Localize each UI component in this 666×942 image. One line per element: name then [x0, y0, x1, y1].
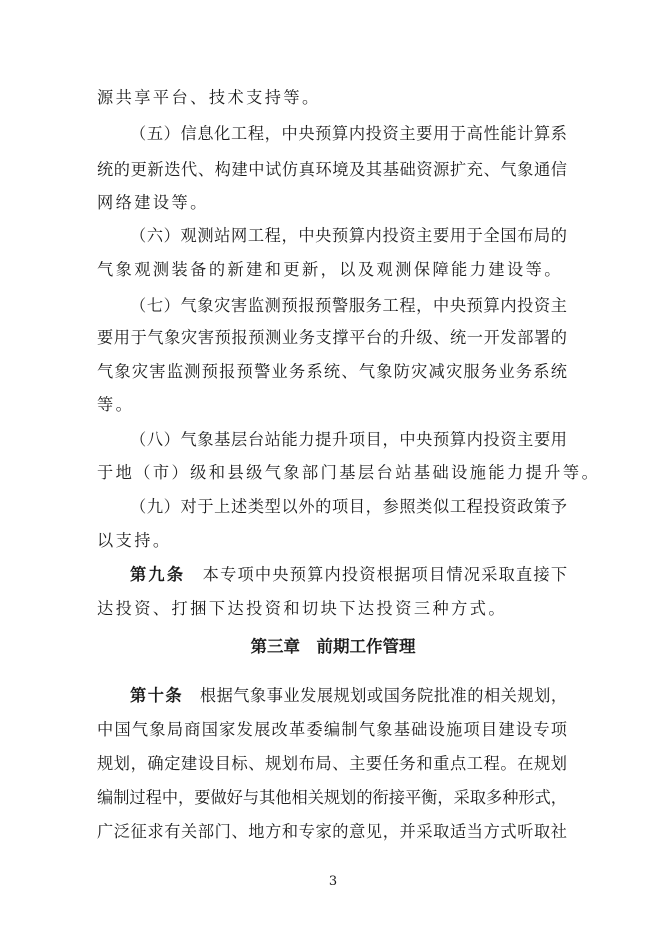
document-page: 源共享平台、技术支持等。（五）信息化工程，中央预算内投资主要用于高性能计算系统的… [0, 0, 666, 942]
body-text-line: （八）气象基层台站能力提升项目，中央预算内投资主要用 [130, 430, 567, 450]
body-text-line: 以支持。 [97, 531, 567, 551]
body-text-line: 源共享平台、技术支持等。 [97, 88, 567, 108]
article-9-line-2: 达投资、打捆下达投资和切块下达投资三种方式。 [97, 599, 567, 619]
article-10-line-3: 规划，确定建设目标、规划布局、主要任务和重点工程。在规划 [97, 754, 567, 774]
body-text-line: （五）信息化工程，中央预算内投资主要用于高性能计算系 [130, 124, 567, 144]
body-text-line: （九）对于上述类型以外的项目，参照类似工程投资政策予 [130, 497, 567, 517]
body-text-line: 统的更新迭代、构建中试仿真环境及其基础资源扩充、气象通信 [97, 160, 567, 180]
page-number: 3 [0, 874, 666, 889]
body-text-line: （七）气象灾害监测预报预警服务工程，中央预算内投资主 [130, 296, 567, 316]
article-9-label: 第九条 [130, 565, 185, 584]
chapter-heading: 第三章 前期工作管理 [0, 637, 666, 657]
body-text-line: 气象灾害监测预报预警业务系统、气象防灾减灾服务业务系统 [97, 362, 567, 382]
article-10-label: 第十条 [130, 686, 183, 705]
body-text-line: 气象观测装备的新建和更新，以及观测保障能力建设等。 [97, 260, 567, 280]
body-text-line: 网络建设等。 [97, 193, 567, 213]
article-10-line-5: 广泛征求有关部门、地方和专家的意见，并采取适当方式听取社 [97, 822, 567, 842]
body-text-line: 要用于气象灾害预报预测业务支撑平台的升级、统一开发部署的 [97, 328, 567, 348]
article-10-line-1: 第十条 根据气象事业发展规划或国务院批准的相关规划， [130, 686, 567, 706]
article-10-line-2: 中国气象局商国家发展改革委编制气象基础设施项目建设专项 [97, 720, 567, 740]
article-10-line-4: 编制过程中，要做好与其他相关规划的衔接平衡，采取多种形式， [97, 788, 567, 808]
article-9-line-1: 第九条 本专项中央预算内投资根据项目情况采取直接下 [130, 565, 567, 585]
body-text-line: 于地（市）级和县级气象部门基层台站基础设施能力提升等。 [97, 463, 567, 483]
body-text-line: 等。 [97, 395, 567, 415]
body-text-line: （六）观测站网工程，中央预算内投资主要用于全国布局的 [130, 226, 567, 246]
